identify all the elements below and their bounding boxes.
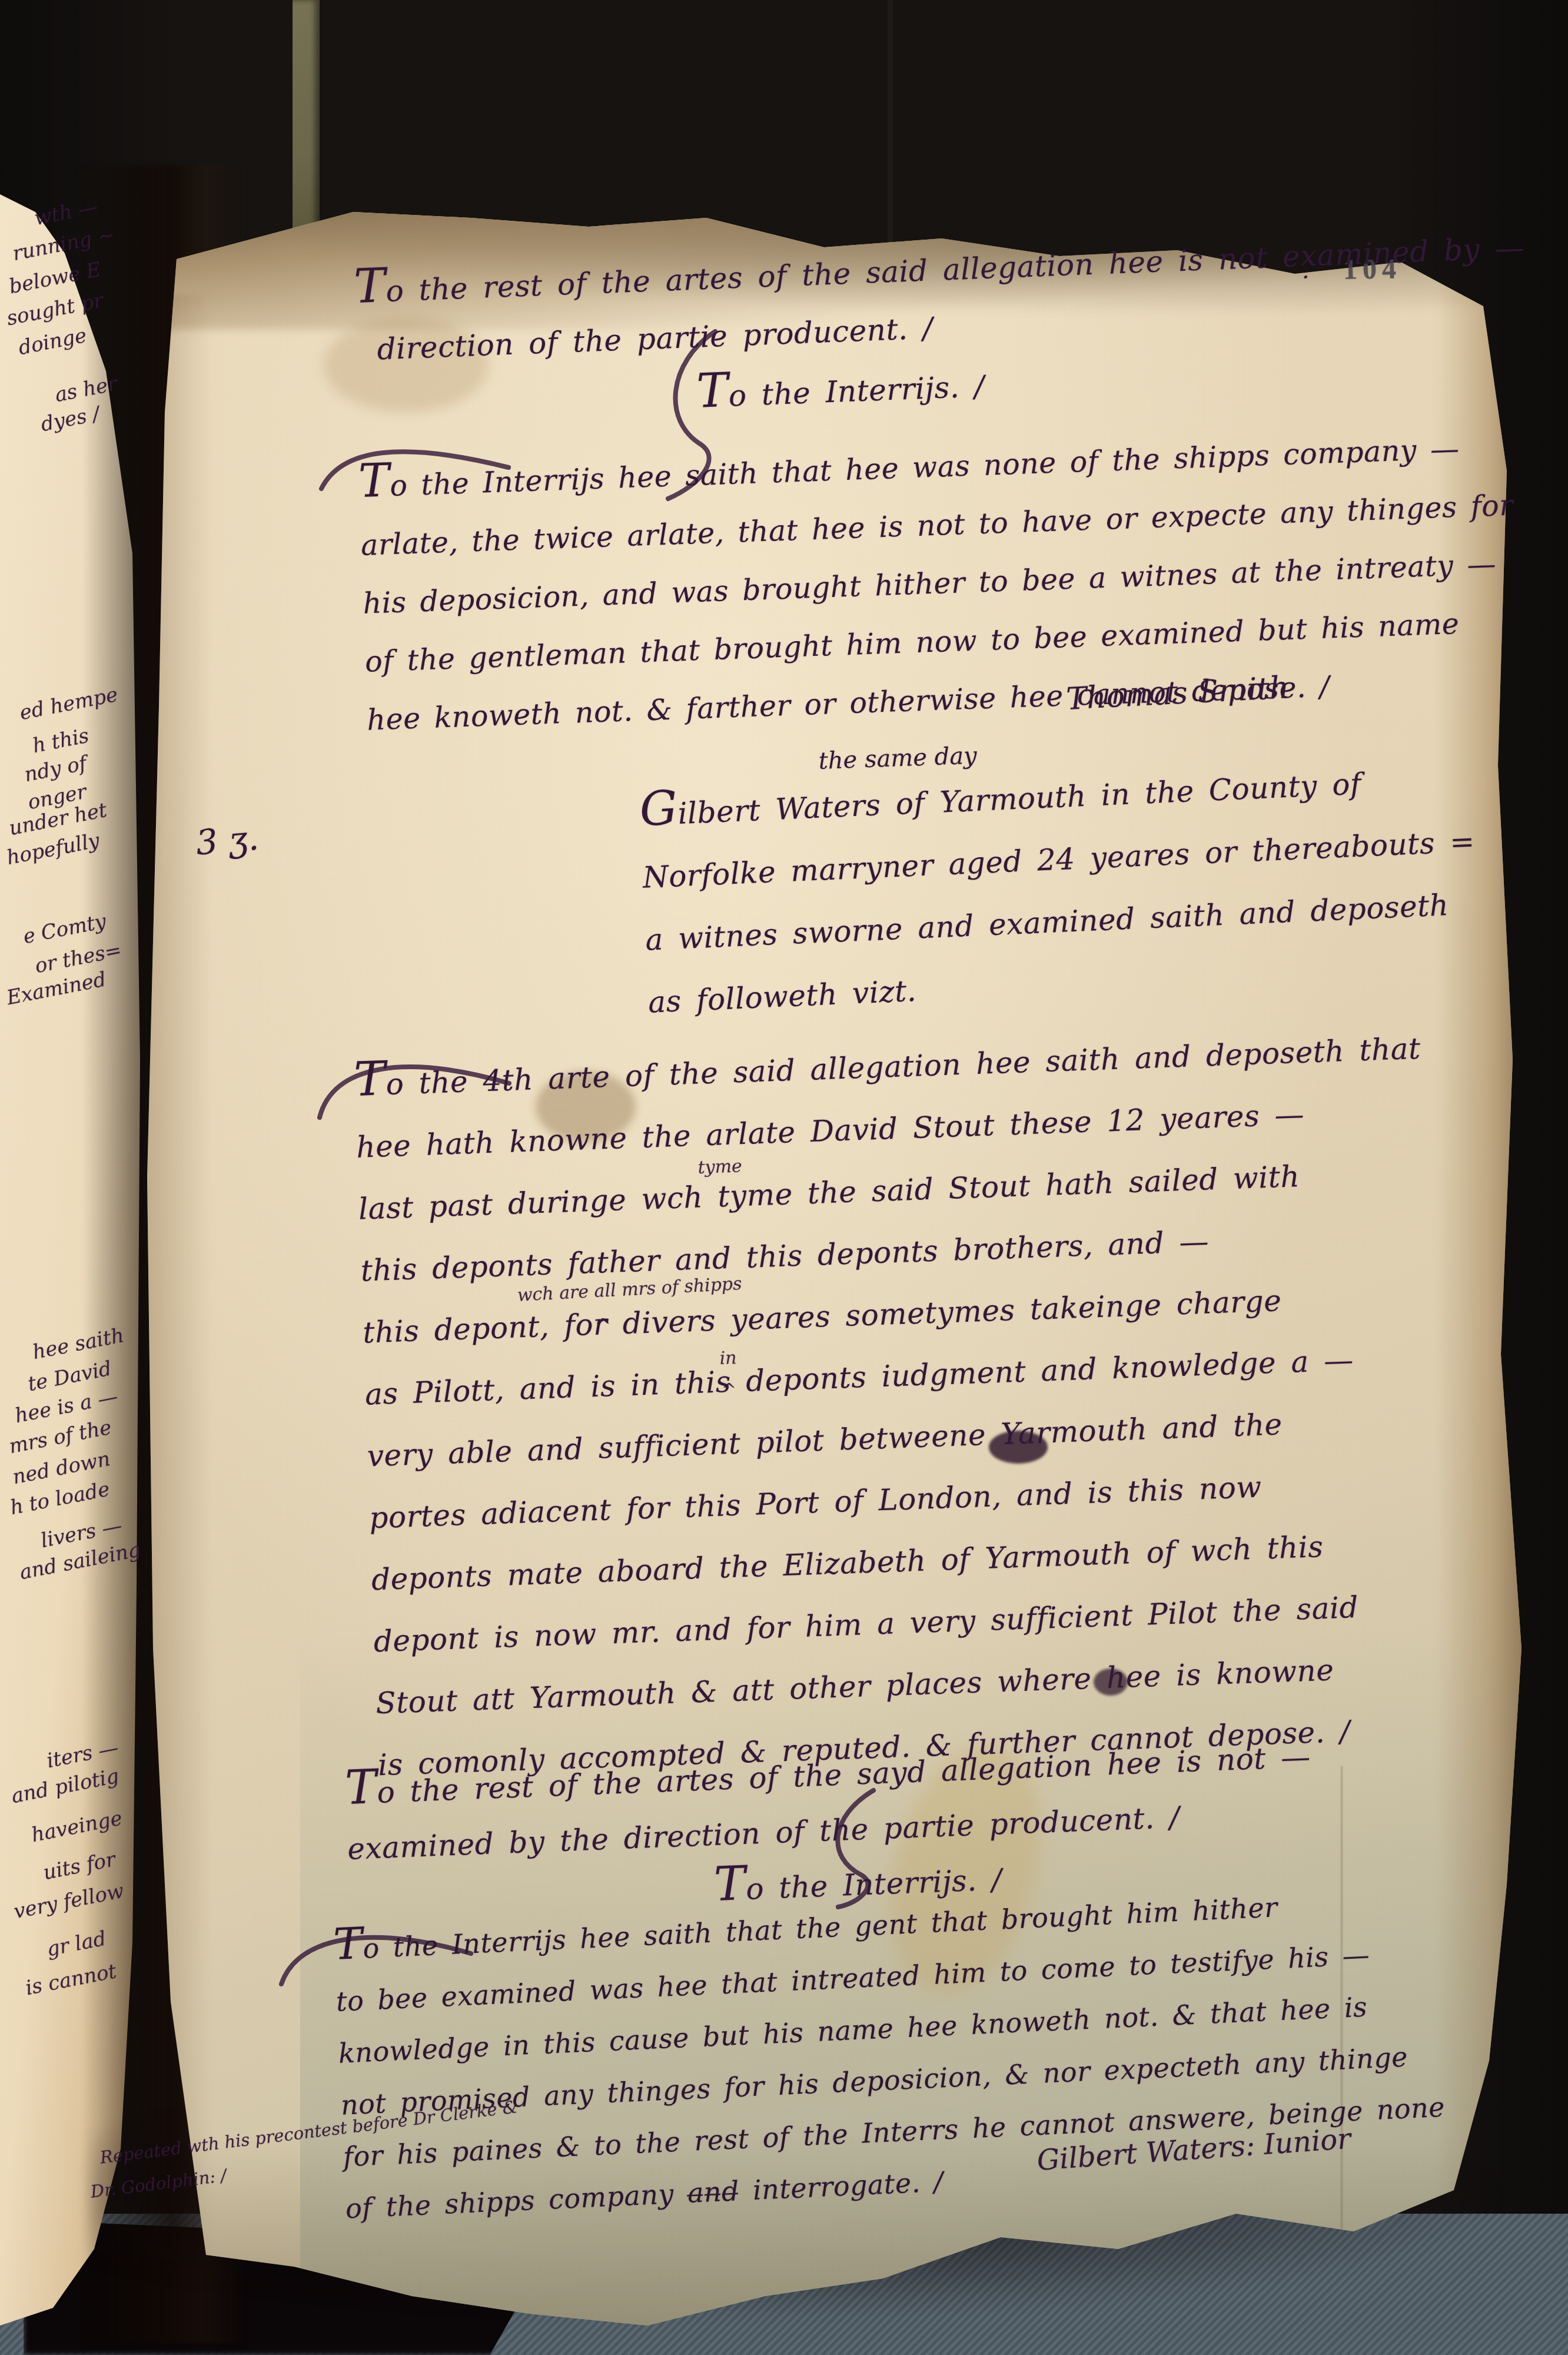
annotation-text: 3 ʒ. bbox=[194, 818, 260, 863]
annotation-text: in bbox=[719, 1348, 737, 1369]
left-page-text-fragment: uits for bbox=[41, 1847, 117, 1885]
annotation-text: Repeated wth his precontest before Dr Cl… bbox=[99, 2097, 519, 2168]
annotations-layer: ·Thomas Smiththe same day3 ʒ.tymewch are… bbox=[0, 0, 1568, 2355]
left-page-text-fragment: and pilotig bbox=[9, 1764, 121, 1809]
left-page-text-fragment: ed hempe bbox=[18, 683, 119, 725]
left-page-text-fragment: gr lad bbox=[45, 1927, 108, 1962]
annotation-text: ^ bbox=[722, 1380, 736, 1401]
left-page-text-fragment: running ~ bbox=[11, 223, 117, 266]
left-page-text-fragment: as her bbox=[53, 372, 119, 407]
left-page-text-fragment: haveinge bbox=[29, 1806, 124, 1847]
left-page-text-fragment: dyes / bbox=[39, 402, 102, 437]
annotation-text: Thomas Smith bbox=[1065, 670, 1290, 717]
left-page-text-fragment: hee saith bbox=[31, 1324, 126, 1364]
annotation-text: the same day bbox=[818, 742, 977, 775]
left-page-text-fragment: doinge bbox=[16, 324, 88, 360]
left-page-text-fragment: is cannot bbox=[24, 1959, 118, 2000]
manuscript-photo: 104 To the rest of the artes of the said… bbox=[0, 0, 1568, 2355]
left-page-text-fragment: very fellow bbox=[12, 1879, 126, 1923]
annotation-text: · bbox=[1302, 264, 1310, 291]
annotation-text: tyme bbox=[697, 1156, 742, 1178]
annotation-text: Dr. Godolphin: / bbox=[89, 2165, 228, 2202]
annotation-text: Gilbert Waters: Iunior bbox=[1036, 2122, 1352, 2177]
annotation-text: wch are all mrs of shipps bbox=[517, 1273, 742, 1306]
annotation-text: ^ bbox=[594, 1314, 612, 1338]
left-page-text-fragment: wth — bbox=[32, 195, 100, 230]
